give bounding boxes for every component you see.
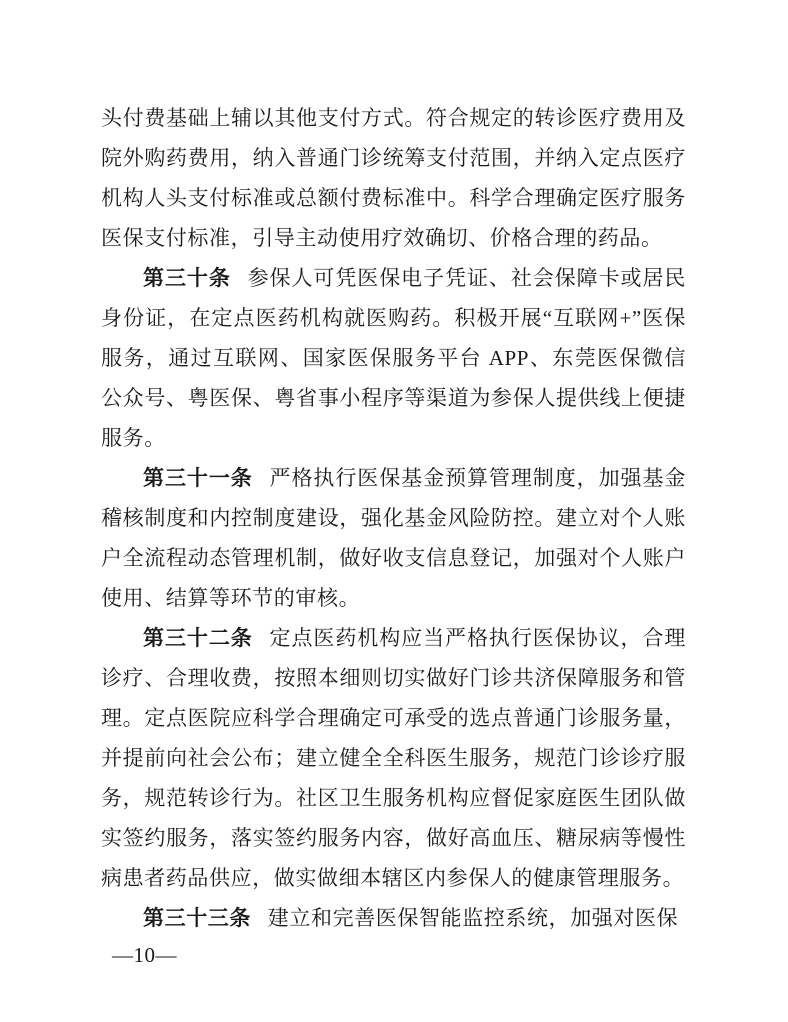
article-30-text: 参保人可凭医保电子凭证、社会保障卡或居民身份证，在定点医药机构就医购药。积极开展… [101, 266, 686, 450]
paragraph-article-31: 第三十一条严格执行医保基金预算管理制度，加强基金稽核制度和内控制度建设，强化基金… [101, 458, 686, 618]
article-33-heading: 第三十三条 [143, 906, 251, 930]
article-31-heading: 第三十一条 [143, 466, 253, 490]
paragraph-article-32: 第三十二条定点医药机构应当严格执行医保协议，合理诊疗、合理收费，按照本细则切实做… [101, 618, 686, 898]
document-body: 头付费基础上辅以其他支付方式。符合规定的转诊医疗费用及院外购药费用，纳入普通门诊… [101, 98, 686, 938]
document-page: 头付费基础上辅以其他支付方式。符合规定的转诊医疗费用及院外购药费用，纳入普通门诊… [0, 0, 788, 1022]
paragraph-continuation: 头付费基础上辅以其他支付方式。符合规定的转诊医疗费用及院外购药费用，纳入普通门诊… [101, 98, 686, 258]
article-32-heading: 第三十二条 [143, 626, 253, 650]
page-number: —10— [112, 940, 177, 970]
paragraph-article-33: 第三十三条建立和完善医保智能监控系统，加强对医保 [101, 898, 686, 938]
paragraph-article-30: 第三十条参保人可凭医保电子凭证、社会保障卡或居民身份证，在定点医药机构就医购药。… [101, 258, 686, 458]
article-33-text: 建立和完善医保智能监控系统，加强对医保 [268, 906, 678, 930]
article-32-text: 定点医药机构应当严格执行医保协议，合理诊疗、合理收费，按照本细则切实做好门诊共济… [101, 626, 686, 890]
article-30-heading: 第三十条 [143, 266, 231, 290]
